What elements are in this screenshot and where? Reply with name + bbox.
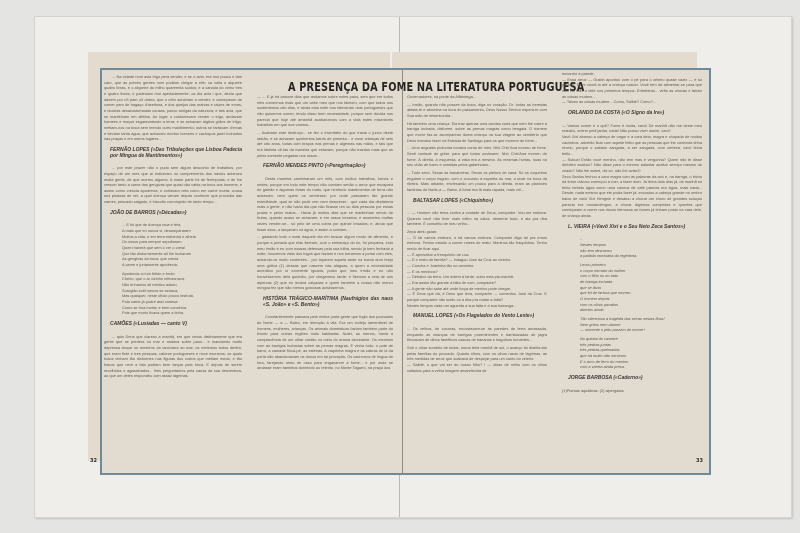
verse-stanza: Apodrecia co'um fétido e bruto Cheiro, q… [122,271,242,316]
source-title: («Os Flagelados do Vento Leste») [454,313,534,319]
author-name: MANUEL LOPES [413,313,453,319]
paragraph: — Vamos comer é o quê? Fome é muita, vav… [562,123,702,219]
paragraph: ... Os velhos, de cócoras, encostavam-se… [407,326,547,343]
attribution: CAMÕES («Lusíadas — canto V) [110,322,242,328]
author-name: JOÃO DE BARROS [110,210,156,216]
author-name: L. VIEIRA [568,224,590,230]
paragraph: Desta maneira caminharam um mês, com mui… [257,176,393,233]
source-title: («Décadas») [157,210,186,216]
paragraph: — Irmão, quando não posses da boca, diga… [407,102,547,119]
paragraph: Sob o olhar sombrio de todos, numa bela … [407,345,547,373]
paragraph: ... Acabado este destroço... se fez o in… [257,130,393,158]
source-title: («O Signo da Ira») [621,110,664,116]
verse-stanza: Levou primeiro o corpo mirrado da mulher… [580,262,702,313]
verse-stanza: No quintal do casebre três pedras juntas… [580,336,702,370]
attribution: BALTASAR LOPES («Chiquinho») [413,199,547,205]
footnote: (1)Plantas aquáticas; (2) alpergatas [562,388,702,394]
paragraph: ... quis Deus que claresu a manhã, em qu… [104,334,242,379]
attribution: JORGE BARBOSA («Caderno») [568,376,702,382]
text-column-2: — ... E já há catorze dias que andamos s… [257,94,393,472]
paragraph: Constantemente passava pela minha porta … [257,314,393,371]
article-title: A PRESENÇA DA FOME NA LITERATURA PORTUGU… [288,79,522,94]
source-title: («Chiquinho») [459,198,493,204]
verse-stanza: ... E foi que de doença crua e feia, A m… [122,222,242,267]
text-column-1: ... Na cidade nom avia trigo pera vender… [104,74,242,472]
source-title: («Caderno») [613,375,642,381]
paragraph: — ... E já há catorze dias que andamos s… [257,94,393,128]
page-number-left: 32 [90,458,97,464]
attribution: FERNÃO MENDES PINTO («Peregrinação») [263,164,393,170]
paragraph: ... Tudo seco. Secas as bananeiras. Seco… [407,170,547,193]
attribution: HISTÓRIA TRÁGICO-MARÍTIMA (Naufrágios da… [263,297,393,308]
paragraph: ... gastando todo o mais daquele dia em … [257,234,393,291]
paragraph: ... Na cidade nom avia trigo pera vender… [104,74,242,142]
paragraph: Governadores, na ponte da Alfândega... [407,94,547,100]
paragraph: ... — Homem não tema contra a vontade de… [407,210,547,227]
paragraph: Há também uma criança. Ela traz apenas u… [407,121,547,144]
gutter-line [402,68,403,475]
attribution: MANUEL LOPES («Os Flagelados do Vento Le… [413,314,547,320]
attribution: ORLANDO DA COSTA («O Signo da Ira») [568,111,702,117]
paragraph: ... por este prazer não o pudo sem algum… [104,165,242,205]
paragraph: ... Uma angústia profunda tomava conta d… [407,145,547,168]
source-title: («Peregrinação») [325,163,366,169]
text-column-4: encontro à parede. — Essa arroz — Gustin… [562,71,702,472]
page-number-right: 33 [696,458,703,464]
author-name: ORLANDO DA COSTA [568,110,620,116]
attribution: FERNÃO LOPES («Das Tribulações que Lisbo… [110,148,242,159]
verse-stanza: ... Nestes tempos não tem descanso a pad… [580,236,702,259]
dialogue: Zepa abriu gulas: — Ó fal vamos embora, … [407,229,547,308]
author-name: JORGE BARBOSA [568,375,612,381]
verse-stanza: Tão silenciosa a tragédia das secas nest… [580,316,702,333]
source-title: («Lusíadas — canto V) [133,321,187,327]
paragraph: encontro à parede. — Essa arroz — Gustin… [562,71,702,105]
author-name: BALTASAR LOPES [413,198,458,204]
source-title: («Vavô Xixi e o Seu Neto Zeca Santos») [592,224,685,230]
attribution: JOÃO DE BARROS («Décadas») [110,211,242,217]
text-column-3: Governadores, na ponte da Alfândega... —… [407,94,547,472]
author-name: FERNÃO MENDES PINTO [263,163,323,169]
author-name: CAMÕES [110,321,132,327]
attribution: L. VIEIRA («Vavô Xixi e o Seu Neto Zeca … [568,225,702,231]
